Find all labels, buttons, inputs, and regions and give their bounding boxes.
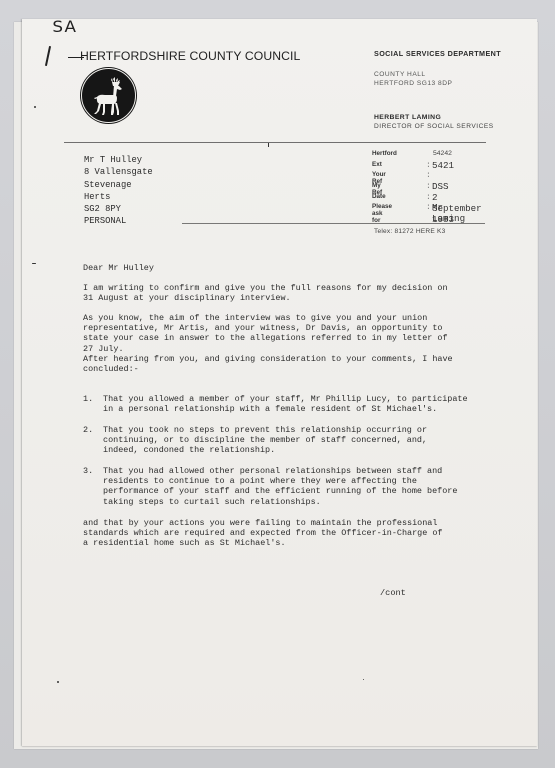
letter-paragraph: I am writing to confirm and give you the… — [83, 283, 448, 303]
recipient-line: SG2 8PY — [84, 203, 153, 215]
reference-label: Please ask for — [372, 203, 392, 224]
reference-label: Date — [372, 193, 386, 200]
letter-paragraph: As you know, the aim of the interview wa… — [83, 313, 448, 354]
letter-paragraph: After hearing from you, and giving consi… — [83, 354, 453, 374]
reference-value: 54242 — [433, 150, 452, 157]
reference-value: DSS — [432, 181, 449, 192]
reference-value: Mr Laming — [432, 202, 465, 224]
recipient-line: Mr T Hulley — [84, 154, 153, 166]
header-divider — [64, 142, 486, 143]
conclusion-number: 2. — [83, 425, 93, 435]
handwritten-stroke — [45, 46, 51, 66]
recipient-line: Herts — [84, 191, 153, 203]
conclusion-number: 3. — [83, 466, 93, 476]
reference-divider — [182, 223, 485, 224]
recipient-address: Mr T Hulley 8 Vallensgate Stevenage Hert… — [84, 154, 153, 215]
department-name: SOCIAL SERVICES DEPARTMENT — [374, 49, 501, 58]
address-line: HERTFORD SG13 8DP — [374, 80, 452, 89]
department-address: COUNTY HALL HERTFORD SG13 8DP — [374, 71, 452, 88]
reference-value: 5421 — [432, 160, 454, 171]
recipient-line: Stevenage — [84, 179, 153, 191]
conclusion-text: That you allowed a member of your staff,… — [103, 394, 468, 414]
stag-logo-icon — [81, 68, 136, 123]
paper-speck — [363, 679, 364, 680]
margin-mark — [32, 263, 36, 264]
reference-label: Ext — [372, 161, 382, 168]
handwritten-annotation: SA — [52, 17, 77, 36]
address-line: COUNTY HALL — [374, 71, 452, 80]
conclusion-text: That you took no steps to prevent this r… — [103, 425, 427, 456]
reference-label: Hertford — [372, 150, 397, 157]
director-title: DIRECTOR OF SOCIAL SERVICES — [374, 123, 494, 130]
continuation-mark: /cont — [380, 588, 406, 598]
paper-speck — [34, 106, 36, 108]
telex-number: Telex: 81272 HERE K3 — [374, 228, 445, 235]
paper-speck — [57, 681, 59, 683]
personal-marking: PERSONAL — [84, 216, 126, 226]
council-name: HERTFORDSHIRE COUNTY COUNCIL — [80, 49, 300, 63]
director-name: HERBERT LAMING — [374, 114, 441, 121]
conclusion-text: That you had allowed other personal rela… — [103, 466, 457, 507]
fold-mark — [268, 143, 269, 147]
closing-paragraph: and that by your actions you were failin… — [83, 518, 443, 549]
salutation: Dear Mr Hulley — [83, 263, 154, 273]
conclusion-number: 1. — [83, 394, 93, 404]
letter-page: SA HERTFORDSHIRE COUNTY COUNCIL SOCIAL S — [22, 19, 537, 746]
recipient-line: 8 Vallensgate — [84, 166, 153, 178]
